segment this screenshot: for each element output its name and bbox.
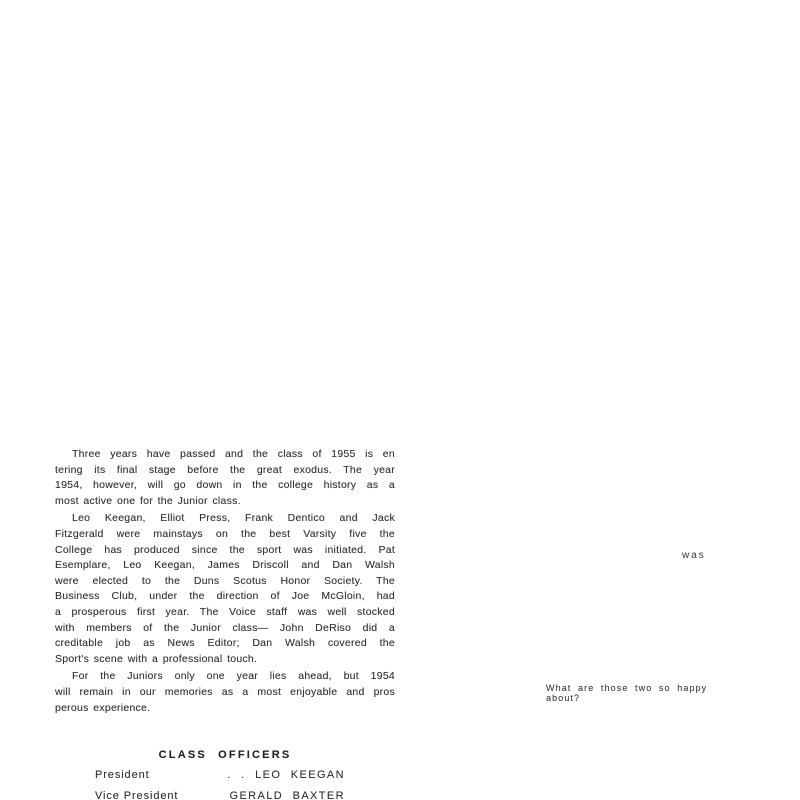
body-text-line: Esemplare, Leo Keegan, James Driscoll an…: [55, 558, 395, 574]
paragraph: For the Juniors only one year lies ahead…: [55, 669, 395, 716]
body-text-line: College has produced since the sport was…: [55, 543, 395, 559]
officer-name: GERALD BAXTER: [229, 790, 345, 800]
officer-label: President: [95, 769, 150, 781]
body-text-line: 1954, however, will go down in the colle…: [55, 478, 395, 494]
officer-row: Vice PresidentGERALD BAXTER: [55, 790, 395, 800]
body-text-line: Business Club, under the direction of Jo…: [55, 589, 395, 605]
yearbook-page: Three years have passed and the class of…: [0, 0, 800, 800]
body-text-line: will remain in our memories as a most en…: [55, 685, 395, 701]
officer-row: President. . LEO KEEGAN: [55, 769, 395, 785]
body-text-line: were elected to the Duns Scotus Honor So…: [55, 574, 395, 590]
officer-label: Vice President: [95, 790, 178, 800]
body-text-line: with members of the Junior class— John D…: [55, 621, 395, 637]
margin-note: was: [682, 550, 706, 561]
article: Three years have passed and the class of…: [55, 447, 395, 716]
body-text-line: creditable job as News Editor; Dan Walsh…: [55, 636, 395, 652]
body-text-line: Leo Keegan, Elliot Press, Frank Dentico …: [55, 511, 395, 527]
body-text-line: perous experience.: [55, 701, 395, 717]
class-officers-heading: CLASS OFFICERS: [55, 749, 395, 761]
body-text-line: Fitzgerald were mainstays on the best Va…: [55, 527, 395, 543]
photo-caption: What are those two so happy about?: [546, 683, 746, 703]
officer-name: . . LEO KEEGAN: [227, 769, 345, 781]
body-text-line: Sport's scene with a professional touch.: [55, 652, 395, 668]
body-text-line: a prosperous first year. The Voice staff…: [55, 605, 395, 621]
paragraph: Three years have passed and the class of…: [55, 447, 395, 509]
body-text-line: Three years have passed and the class of…: [55, 447, 395, 463]
body-text-line: For the Juniors only one year lies ahead…: [55, 669, 395, 685]
body-text-line: most active one for the Junior class.: [55, 494, 395, 510]
body-text-line: tering its final stage before the great …: [55, 463, 395, 479]
paragraph: Leo Keegan, Elliot Press, Frank Dentico …: [55, 511, 395, 667]
